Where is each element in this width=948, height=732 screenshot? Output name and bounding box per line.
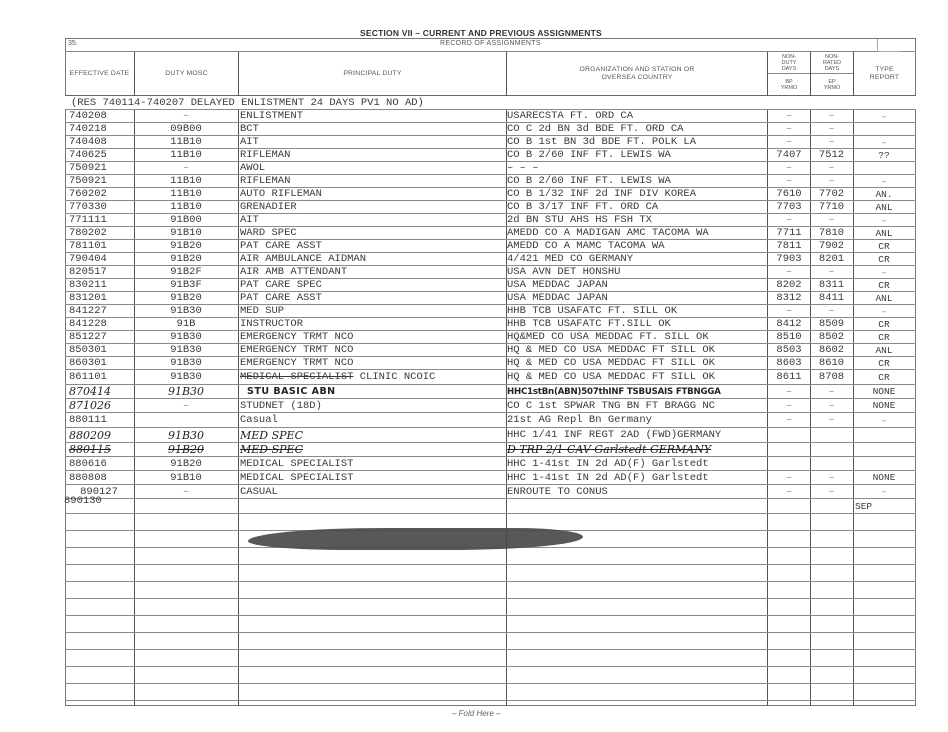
ep-yrmo-cell: 8411 [810, 292, 853, 304]
type-report-cell: AN. [853, 188, 915, 200]
effective-date-cell: 820517 [69, 266, 133, 278]
organization-cell: CO C 1st SPWAR TNG BN FT BRAGG NC [507, 399, 767, 412]
principal-duty-cell: EMERGENCY TRMT NCO [240, 357, 505, 369]
empty-table-row [65, 582, 916, 599]
organization-cell: CO B 2/60 INF FT. LEWIS WA [507, 149, 767, 161]
principal-duty-cell: AUTO RIFLEMAN [240, 188, 505, 200]
duty-mosc-cell: 91B10 [135, 227, 237, 239]
bp-yrmo-cell: 8412 [768, 318, 810, 330]
table-row: 77111191B00AIT2d BN STU AHS HS FSH TX––– [65, 214, 916, 227]
duty-mosc-cell: 91B30 [135, 305, 237, 317]
effective-date-cell: 830211 [69, 279, 133, 291]
principal-duty-cell: EMERGENCY TRMT NCO [240, 331, 505, 343]
empty-table-row [65, 548, 916, 565]
duty-mosc-cell: 11B10 [135, 175, 237, 187]
empty-table-row [65, 684, 916, 701]
bp-yrmo-cell: – [768, 399, 810, 412]
effective-date-cell: 780202 [69, 227, 133, 239]
bp-yrmo-cell: – [768, 266, 810, 278]
type-report-cell: NONE [853, 385, 915, 398]
effective-date-cell: 851227 [69, 331, 133, 343]
organization-cell: ENROUTE TO CONUS [507, 485, 767, 498]
principal-duty-cell: AWOL [240, 162, 505, 174]
table-row: 77033011B10GRENADIERCO B 3/17 INF FT. OR… [65, 201, 916, 214]
header-bp-yrmo: BP YRMO [768, 74, 810, 96]
type-report-cell: ANL [853, 344, 915, 356]
header-type-report: TYPE REPORT [854, 52, 915, 96]
type-report-cell: – [853, 136, 915, 148]
duty-mosc-cell: 11B10 [135, 149, 237, 161]
table-row: 85122791B30EMERGENCY TRMT NCOHQ&MED CO U… [65, 331, 916, 344]
duty-mosc-cell [135, 499, 237, 513]
bp-yrmo-cell: 7610 [768, 188, 810, 200]
effective-date-cell: 870414 [69, 385, 133, 398]
ep-yrmo-cell: – [810, 266, 853, 278]
bp-yrmo-cell: 7811 [768, 240, 810, 252]
effective-date-cell: 880808 [69, 471, 133, 484]
principal-duty-cell: CASUAL [240, 485, 505, 498]
principal-duty-cell: AIT [240, 136, 505, 148]
effective-date-cell: 750921 [69, 175, 133, 187]
duty-mosc-cell [135, 413, 237, 427]
type-report-cell: ANL [853, 227, 915, 239]
type-report-cell: SEP [855, 499, 917, 513]
table-row: 740208–ENLISTMENTUSARECSTA FT. ORD CA––– [65, 110, 916, 123]
duty-mosc-cell: 91B2F [135, 266, 237, 278]
ep-yrmo-cell [810, 443, 853, 456]
organization-cell: AMEDD CO A MADIGAN AMC TACOMA WA [507, 227, 767, 239]
duty-mosc-cell: 91B30 [135, 357, 237, 369]
bp-yrmo-cell: – [768, 162, 810, 174]
duty-mosc-cell: 11B10 [135, 188, 237, 200]
bp-yrmo-cell [768, 457, 810, 470]
empty-table-row [65, 599, 916, 616]
table-row: 78020291B10WARD SPECAMEDD CO A MADIGAN A… [65, 227, 916, 240]
table-row: 86110191B30MEDICAL SPECIALIST CLINIC NCO… [65, 370, 916, 385]
organization-cell: HHB TCB USAFATC FT.SILL OK [507, 318, 767, 330]
duty-mosc-cell: 91B20 [135, 292, 237, 304]
table-row: 76020211B10AUTO RIFLEMANCO B 1/32 INF 2d… [65, 188, 916, 201]
principal-duty-cell: GRENADIER [240, 201, 505, 213]
bp-yrmo-cell: 8312 [768, 292, 810, 304]
organization-cell: CO B 3/17 INF FT. ORD CA [507, 201, 767, 213]
ep-yrmo-cell: 8201 [810, 253, 853, 265]
bp-yrmo-cell: 7711 [768, 227, 810, 239]
type-report-cell: CR [853, 253, 915, 265]
organization-cell: USARECSTA FT. ORD CA [507, 110, 767, 122]
empty-table-row [65, 616, 916, 633]
principal-duty-cell: WARD SPEC [240, 227, 505, 239]
bp-yrmo-cell: 8503 [768, 344, 810, 356]
table-row: 880111Casual21st AG Repl Bn Germany––– [65, 413, 916, 428]
header-effective-date: EFFECTIVE DATE [65, 52, 134, 96]
principal-duty-cell: RIFLEMAN [240, 175, 505, 187]
ep-yrmo-cell: 7810 [810, 227, 853, 239]
effective-date-cell: 880616 [69, 457, 133, 470]
organization-cell: HHC 1-41st IN 2d AD(F) Garlstedt [507, 471, 767, 484]
type-report-cell: – [853, 214, 915, 226]
effective-date-cell: 750921 [69, 162, 133, 174]
type-report-cell: CR [853, 357, 915, 369]
duty-mosc-cell: 91B20 [135, 457, 237, 470]
type-report-cell [853, 428, 915, 442]
effective-date-cell: 790404 [69, 253, 133, 265]
bp-yrmo-cell: – [768, 175, 810, 187]
duty-mosc-cell: 91B20 [135, 253, 237, 265]
organization-cell: HHC 1-41st IN 2d AD(F) Garlstedt [507, 457, 767, 470]
ep-yrmo-cell: 7512 [810, 149, 853, 161]
section-title: SECTION VII – CURRENT AND PREVIOUS ASSIG… [360, 28, 602, 38]
type-report-cell: CR [853, 240, 915, 252]
empty-table-row [65, 667, 916, 684]
bp-yrmo-cell: – [768, 136, 810, 148]
effective-date-cell: 850301 [69, 344, 133, 356]
principal-duty-cell: STUDNET (18D) [240, 399, 505, 412]
organization-cell: HQ & MED CO USA MEDDAC FT SILL OK [507, 357, 767, 369]
type-report-cell: ANL [853, 292, 915, 304]
empty-table-row [65, 633, 916, 650]
type-report-cell: CR [853, 331, 915, 343]
duty-mosc-cell: – [135, 485, 237, 498]
organization-cell: – – – [507, 162, 767, 174]
principal-duty-cell: RIFLEMAN [240, 149, 505, 161]
principal-duty-cell: Casual [240, 413, 505, 427]
ep-yrmo-cell [810, 457, 853, 470]
bp-yrmo-cell: – [768, 413, 810, 427]
type-report-cell: CR [853, 279, 915, 291]
effective-date-cell: 880209 [69, 428, 133, 442]
type-report-cell [853, 162, 915, 174]
table-row: 88080891B10MEDICAL SPECIALISTHHC 1-41st … [65, 471, 916, 485]
bp-yrmo-cell: – [768, 110, 810, 122]
duty-mosc-cell: 91B20 [135, 240, 237, 252]
organization-cell: D TRP 2/1 CAV Garlstedt GERMANY [507, 443, 767, 456]
organization-cell: HQ & MED CO USA MEDDAC FT SILL OK [507, 344, 767, 356]
table-row: 78110191B20PAT CARE ASSTAMEDD CO A MAMC … [65, 240, 916, 253]
principal-duty-cell: MED SPEC [240, 428, 505, 442]
ep-yrmo-cell: 8708 [810, 370, 853, 384]
duty-mosc-cell: 09B00 [135, 123, 237, 135]
table-row: 82051791B2FAIR AMB ATTENDANTUSA AVN DET … [65, 266, 916, 279]
header-non-duty-days: NON-DUTY DAYS [768, 52, 810, 74]
type-report-cell: CR [853, 370, 915, 384]
bp-yrmo-cell [768, 443, 810, 456]
table-row: 88011591B20MED SPECD TRP 2/1 CAV Garlste… [65, 443, 916, 457]
bp-yrmo-cell: – [768, 214, 810, 226]
table-row: 88020991B30MED SPECHHC 1/41 INF REGT 2AD… [65, 428, 916, 443]
organization-cell: AMEDD CO A MAMC TACOMA WA [507, 240, 767, 252]
header-organization: ORGANIZATION AND STATION OR OVERSEA COUN… [507, 52, 767, 96]
field-number: 35. [68, 40, 78, 47]
bp-yrmo-cell: 7703 [768, 201, 810, 213]
effective-date-cell: 861101 [69, 370, 133, 384]
ep-yrmo-cell: 8602 [810, 344, 853, 356]
ep-yrmo-cell: – [810, 471, 853, 484]
principal-duty-cell: MED SUP [240, 305, 505, 317]
duty-mosc-cell: 91B30 [135, 428, 237, 442]
organization-cell: USA AVN DET HONSHU [507, 266, 767, 278]
type-report-cell [853, 443, 915, 456]
type-report-cell: ANL [853, 201, 915, 213]
ep-yrmo-cell: 8502 [810, 331, 853, 343]
fold-here-label: – Fold Here – [452, 709, 500, 718]
bp-yrmo-cell: 7903 [768, 253, 810, 265]
organization-cell: USA MEDDAC JAPAN [507, 279, 767, 291]
principal-duty-cell: PAT CARE ASST [240, 240, 505, 252]
effective-date-cell: 740408 [69, 136, 133, 148]
effective-date-cell: 740218 [69, 123, 133, 135]
table-row: 890127–CASUALENROUTE TO CONUS––– [65, 485, 916, 499]
duty-mosc-cell: 91B3F [135, 279, 237, 291]
effective-date-cell: 740208 [69, 110, 133, 122]
table-row: 83021191B3FPAT CARE SPECUSA MEDDAC JAPAN… [65, 279, 916, 292]
principal-duty-cell: AIT [240, 214, 505, 226]
duty-mosc-cell: 91B [135, 318, 237, 330]
bp-yrmo-cell: – [768, 485, 810, 498]
effective-date-cell: 831201 [69, 292, 133, 304]
header-non-rated-days: NON-RATED DAYS [811, 52, 853, 74]
organization-cell: CO B 1st BN 3d BDE FT. POLK LA [507, 136, 767, 148]
duty-mosc-cell: 11B10 [135, 201, 237, 213]
type-report-cell [853, 123, 915, 135]
header-principal-duty: PRINCIPAL DUTY [239, 52, 506, 96]
type-report-cell: – [853, 305, 915, 317]
type-report-cell: ?? [853, 149, 915, 161]
duty-mosc-cell: 91B00 [135, 214, 237, 226]
ep-yrmo-cell: 8509 [810, 318, 853, 330]
type-report-cell: CR [853, 318, 915, 330]
table-row: 87041491B30STU BASIC ABNHHC1stBn(ABN)507… [65, 385, 916, 399]
type-report-cell: NONE [853, 471, 915, 484]
principal-duty-cell [240, 499, 505, 513]
duty-mosc-cell: – [135, 399, 237, 412]
ep-yrmo-cell: – [810, 136, 853, 148]
effective-date-cell: 890130 [64, 495, 128, 509]
delayed-enlistment-note-row: (RES 740114-740207 DELAYED ENLISTMENT 24… [65, 96, 916, 110]
principal-duty-cell: AIR AMBULANCE AIDMAN [240, 253, 505, 265]
ep-yrmo-cell [810, 499, 853, 513]
organization-cell: HQ & MED CO USA MEDDAC FT SILL OK [507, 370, 767, 384]
effective-date-cell: 771111 [69, 214, 133, 226]
organization-cell: HHC 1/41 INF REGT 2AD (FWD)GERMANY [507, 428, 767, 442]
table-row: 75092111B10RIFLEMANCO B 2/60 INF FT. LEW… [65, 175, 916, 188]
bp-yrmo-cell: 8510 [768, 331, 810, 343]
organization-cell: USA MEDDAC JAPAN [507, 292, 767, 304]
table-row: 88061691B20MEDICAL SPECIALISTHHC 1-41st … [65, 457, 916, 471]
organization-cell: CO C 2d BN 3d BDE FT. ORD CA [507, 123, 767, 135]
bp-yrmo-cell [768, 428, 810, 442]
bp-yrmo-cell: – [768, 305, 810, 317]
type-report-cell [853, 457, 915, 470]
ep-yrmo-cell: – [810, 162, 853, 174]
record-subheader: 35. RECORD OF ASSIGNMENTS [65, 38, 916, 52]
duty-mosc-cell: 11B10 [135, 136, 237, 148]
type-report-cell: – [853, 110, 915, 122]
organization-cell: CO B 2/60 INF FT. LEWIS WA [507, 175, 767, 187]
header-duty-mosc: DUTY MOSC [135, 52, 238, 96]
organization-cell: 21st AG Repl Bn Germany [507, 413, 767, 427]
effective-date-cell: 841227 [69, 305, 133, 317]
effective-date-cell: 841228 [69, 318, 133, 330]
principal-duty-cell: ENLISTMENT [240, 110, 505, 122]
ep-yrmo-cell: – [810, 385, 853, 398]
duty-mosc-cell: 91B30 [135, 385, 237, 398]
bp-yrmo-cell: 8603 [768, 357, 810, 369]
principal-duty-cell: BCT [240, 123, 505, 135]
ep-yrmo-cell: 7710 [810, 201, 853, 213]
effective-date-cell: 880115 [69, 443, 133, 456]
effective-date-cell: 760202 [69, 188, 133, 200]
ep-yrmo-cell: – [810, 399, 853, 412]
table-row: 79040491B20AIR AMBULANCE AIDMAN4/421 MED… [65, 253, 916, 266]
header-ep-yrmo: EP YRMO [811, 74, 853, 96]
ep-yrmo-cell [810, 428, 853, 442]
effective-date-cell: 770330 [69, 201, 133, 213]
empty-table-row [65, 650, 916, 667]
table-row: 83120191B20PAT CARE ASSTUSA MEDDAC JAPAN… [65, 292, 916, 305]
principal-duty-cell: STU BASIC ABN [247, 385, 512, 398]
principal-duty-cell: PAT CARE SPEC [240, 279, 505, 291]
principal-duty-cell: MEDICAL SPECIALIST [240, 471, 505, 484]
record-subtitle: RECORD OF ASSIGNMENTS [440, 40, 541, 47]
bp-yrmo-cell: – [768, 471, 810, 484]
effective-date-cell: 740625 [69, 149, 133, 161]
organization-cell: 4/421 MED CO GERMANY [507, 253, 767, 265]
table-row: 84122791B30MED SUPHHB TCB USAFATC FT. SI… [65, 305, 916, 318]
bp-yrmo-cell: 8611 [768, 370, 810, 384]
ep-yrmo-cell: – [810, 214, 853, 226]
effective-date-cell: 860301 [69, 357, 133, 369]
ep-yrmo-cell: – [810, 413, 853, 427]
bp-yrmo-cell: 7407 [768, 149, 810, 161]
organization-cell: HHB TCB USAFATC FT. SILL OK [507, 305, 767, 317]
type-report-cell: – [853, 413, 915, 427]
table-row: 84122891BINSTRUCTORHHB TCB USAFATC FT.SI… [65, 318, 916, 331]
ep-yrmo-cell: – [810, 305, 853, 317]
assignment-record-page: SECTION VII – CURRENT AND PREVIOUS ASSIG… [0, 0, 948, 732]
table-row: 750921–AWOL– – ––– [65, 162, 916, 175]
bp-yrmo-cell: 8202 [768, 279, 810, 291]
table-row: 86030191B30EMERGENCY TRMT NCOHQ & MED CO… [65, 357, 916, 370]
effective-date-cell: 781101 [69, 240, 133, 252]
table-row: 74021809B00BCTCO C 2d BN 3d BDE FT. ORD … [65, 123, 916, 136]
principal-duty-cell: INSTRUCTOR [240, 318, 505, 330]
principal-duty-cell: MED SPEC [240, 443, 505, 456]
organization-cell: HQ&MED CO USA MEDDAC FT. SILL OK [507, 331, 767, 343]
duty-mosc-cell: 91B30 [135, 370, 237, 384]
ep-yrmo-cell: – [810, 123, 853, 135]
principal-duty-cell: EMERGENCY TRMT NCO [240, 344, 505, 356]
table-row: 890130SEP [65, 499, 916, 514]
organization-cell: 2d BN STU AHS HS FSH TX [507, 214, 767, 226]
principal-duty-cell: MEDICAL SPECIALIST [240, 457, 505, 470]
organization-cell: CO B 1/32 INF 2d INF DIV KOREA [507, 188, 767, 200]
type-report-cell: – [853, 485, 915, 498]
organization-cell: HHC1stBn(ABN)507thINF TSBUSAIS FTBNGGA [507, 385, 767, 398]
effective-date-cell: 880111 [69, 413, 133, 427]
ep-yrmo-cell: – [810, 110, 853, 122]
bp-yrmo-cell [768, 499, 810, 513]
struck-duty-text: MEDICAL SPECIALIST [240, 371, 353, 383]
bp-yrmo-cell: – [768, 123, 810, 135]
ep-yrmo-cell: 7702 [810, 188, 853, 200]
duty-text: CLINIC NCOIC [360, 371, 436, 383]
ep-yrmo-cell: – [810, 175, 853, 187]
duty-mosc-cell: 91B30 [135, 344, 237, 356]
delayed-enlistment-note: (RES 740114-740207 DELAYED ENLISTMENT 24… [71, 96, 428, 109]
effective-date-cell: 871026 [69, 399, 133, 412]
type-report-cell: – [853, 266, 915, 278]
table-row: 871026–STUDNET (18D)CO C 1st SPWAR TNG B… [65, 399, 916, 413]
bp-yrmo-cell: – [768, 385, 810, 398]
table-row: 74062511B10RIFLEMANCO B 2/60 INF FT. LEW… [65, 149, 916, 162]
ep-yrmo-cell: 8311 [810, 279, 853, 291]
principal-duty-cell: PAT CARE ASST [240, 292, 505, 304]
duty-mosc-cell: – [135, 162, 237, 174]
principal-duty-cell: MEDICAL SPECIALIST CLINIC NCOIC [240, 370, 505, 384]
duty-mosc-cell: 91B30 [135, 331, 237, 343]
duty-mosc-cell: 91B20 [135, 443, 237, 456]
duty-mosc-cell: – [135, 110, 237, 122]
table-row: 74040811B10AITCO B 1st BN 3d BDE FT. POL… [65, 136, 916, 149]
table-row: 85030191B30EMERGENCY TRMT NCOHQ & MED CO… [65, 344, 916, 357]
duty-mosc-cell: 91B10 [135, 471, 237, 484]
ep-yrmo-cell: 8610 [810, 357, 853, 369]
ep-yrmo-cell: – [810, 485, 853, 498]
type-report-cell: – [853, 175, 915, 187]
organization-cell [507, 499, 767, 513]
redaction-mark [248, 528, 583, 550]
corner-box [877, 39, 900, 52]
ep-yrmo-cell: 7902 [810, 240, 853, 252]
type-report-cell: NONE [853, 399, 915, 412]
empty-table-row [65, 565, 916, 582]
principal-duty-cell: AIR AMB ATTENDANT [240, 266, 505, 278]
